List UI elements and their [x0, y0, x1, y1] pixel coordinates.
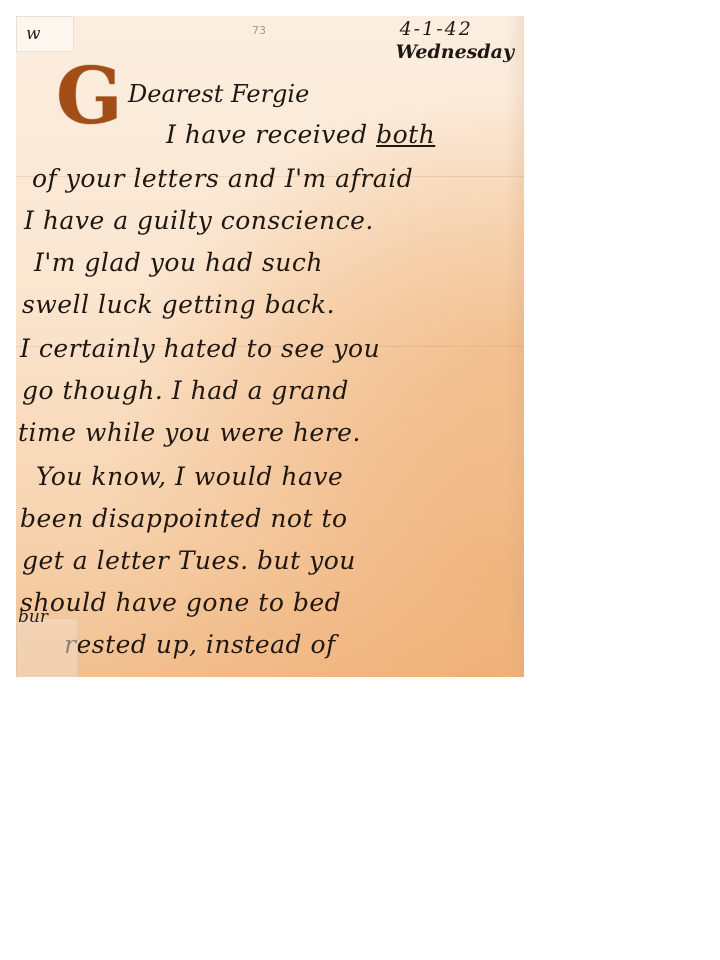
letter-line: of your letters and I'm afraid: [32, 164, 413, 193]
letter-page: w 73 4-1-42 Wednesday G Dearest Fergie I…: [16, 16, 524, 677]
letter-line: I certainly hated to see you: [20, 334, 380, 363]
underlined-word: both: [376, 120, 435, 149]
letter-line: rested up, instead of: [64, 630, 336, 659]
letter-line: I have received both: [166, 120, 435, 149]
letter-line: I'm glad you had such: [34, 248, 323, 277]
letter-line: swell luck getting back.: [22, 290, 335, 319]
letter-line: time while you were here.: [18, 418, 361, 447]
letter-line: I have a guilty conscience.: [24, 206, 374, 235]
line-text: I have received: [166, 120, 376, 149]
letter-body: I have received both of your letters and…: [16, 16, 524, 677]
letter-line: get a letter Tues. but you: [22, 546, 356, 575]
letter-line: should have gone to bed: [20, 588, 341, 617]
letter-line: You know, I would have: [36, 462, 343, 491]
letter-line: go though. I had a grand: [22, 376, 349, 405]
scrap-text-bottom-left: bur: [18, 607, 48, 627]
letter-line: been disappointed not to: [20, 504, 348, 533]
